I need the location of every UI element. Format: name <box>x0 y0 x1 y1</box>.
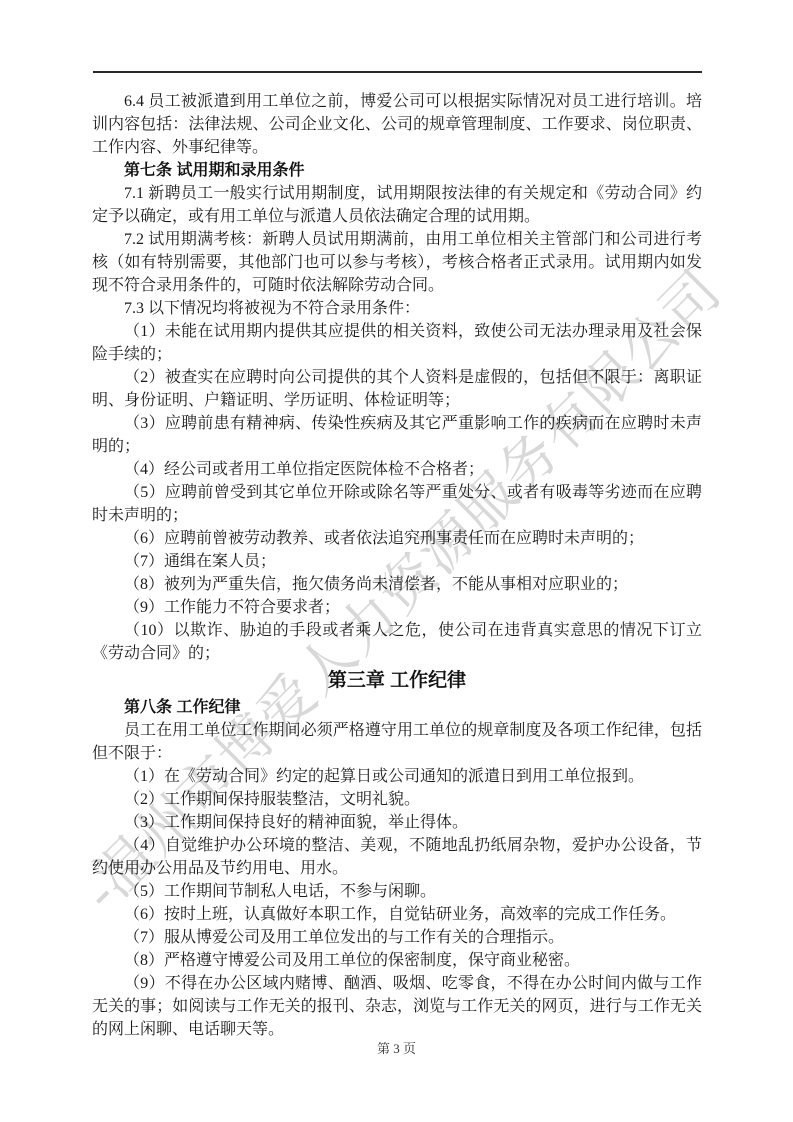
list-item: （2）工作期间保持服装整洁，文明礼貌。 <box>92 788 702 811</box>
page-number: 第 3 页 <box>0 1038 793 1057</box>
page-body: 6.4 员工被派遣到用工单位之前，博爱公司可以根据实际情况对员工进行培训。培训内… <box>92 90 702 1041</box>
paragraph: 7.3 以下情况均将被视为不符合录用条件： <box>92 297 702 320</box>
list-item: （8）严格遵守博爱公司及用工单位的保密制度，保守商业秘密。 <box>92 949 702 972</box>
list-item: （5）工作期间节制私人电话，不参与闲聊。 <box>92 880 702 903</box>
list-item: （3）应聘前患有精神病、传染性疾病及其它严重影响工作的疾病而在应聘时未声明的； <box>92 412 702 458</box>
paragraph: 7.1 新聘员工一般实行试用期制度，试用期限按法律的有关规定和《劳动合同》约定予… <box>92 182 702 228</box>
list-item: （6）按时上班，认真做好本职工作，自觉钻研业务，高效率的完成工作任务。 <box>92 903 702 926</box>
list-item: （9）不得在办公区域内赌博、酗酒、吸烟、吃零食，不得在办公时间内做与工作无关的事… <box>92 972 702 1041</box>
document-page: -温州市博爱人力资源服务有限公司 6.4 员工被派遣到用工单位之前，博爱公司可以… <box>0 0 793 1122</box>
paragraph: 员工在用工单位工作期间必须严格遵守用工单位的规章制度及各项工作纪律，包括但不限于… <box>92 719 702 765</box>
list-item: （9）工作能力不符合要求者； <box>92 596 702 619</box>
list-item: （3）工作期间保持良好的精神面貌，举止得体。 <box>92 811 702 834</box>
list-item: （4）自觉维护办公环境的整洁、美观，不随地乱扔纸屑杂物，爱护办公设备，节约使用办… <box>92 834 702 880</box>
list-item: （7）服从博爱公司及用工单位发出的与工作有关的合理指示。 <box>92 926 702 949</box>
list-item: （4）经公司或者用工单位指定医院体检不合格者； <box>92 458 702 481</box>
list-item: （7）通缉在案人员； <box>92 550 702 573</box>
list-item: （2）被查实在应聘时向公司提供的其个人资料是虚假的，包括但不限于：离职证明、身份… <box>92 366 702 412</box>
chapter-heading: 第三章 工作纪律 <box>92 668 702 694</box>
list-item: （8）被列为严重失信，拖欠债务尚未清偿者，不能从事相对应职业的； <box>92 573 702 596</box>
section-heading: 第七条 试用期和录用条件 <box>92 159 702 182</box>
list-item: （1）未能在试用期内提供其应提供的相关资料，致使公司无法办理录用及社会保险手续的… <box>92 320 702 366</box>
list-item: （5）应聘前曾受到其它单位开除或除名等严重处分、或者有吸毒等劣迹而在应聘时未声明… <box>92 481 702 527</box>
paragraph: 6.4 员工被派遣到用工单位之前，博爱公司可以根据实际情况对员工进行培训。培训内… <box>92 90 702 159</box>
list-item: （1）在《劳动合同》约定的起算日或公司通知的派遣日到用工单位报到。 <box>92 765 702 788</box>
list-item: （6）应聘前曾被劳动教养、或者依法追究刑事责任而在应聘时未声明的； <box>92 527 702 550</box>
header-rule <box>93 71 702 73</box>
paragraph: 7.2 试用期满考核：新聘人员试用期满前，由用工单位相关主管部门和公司进行考核（… <box>92 228 702 297</box>
section-heading: 第八条 工作纪律 <box>92 696 702 719</box>
list-item: （10）以欺诈、胁迫的手段或者乘人之危，使公司在违背真实意思的情况下订立《劳动合… <box>92 619 702 665</box>
